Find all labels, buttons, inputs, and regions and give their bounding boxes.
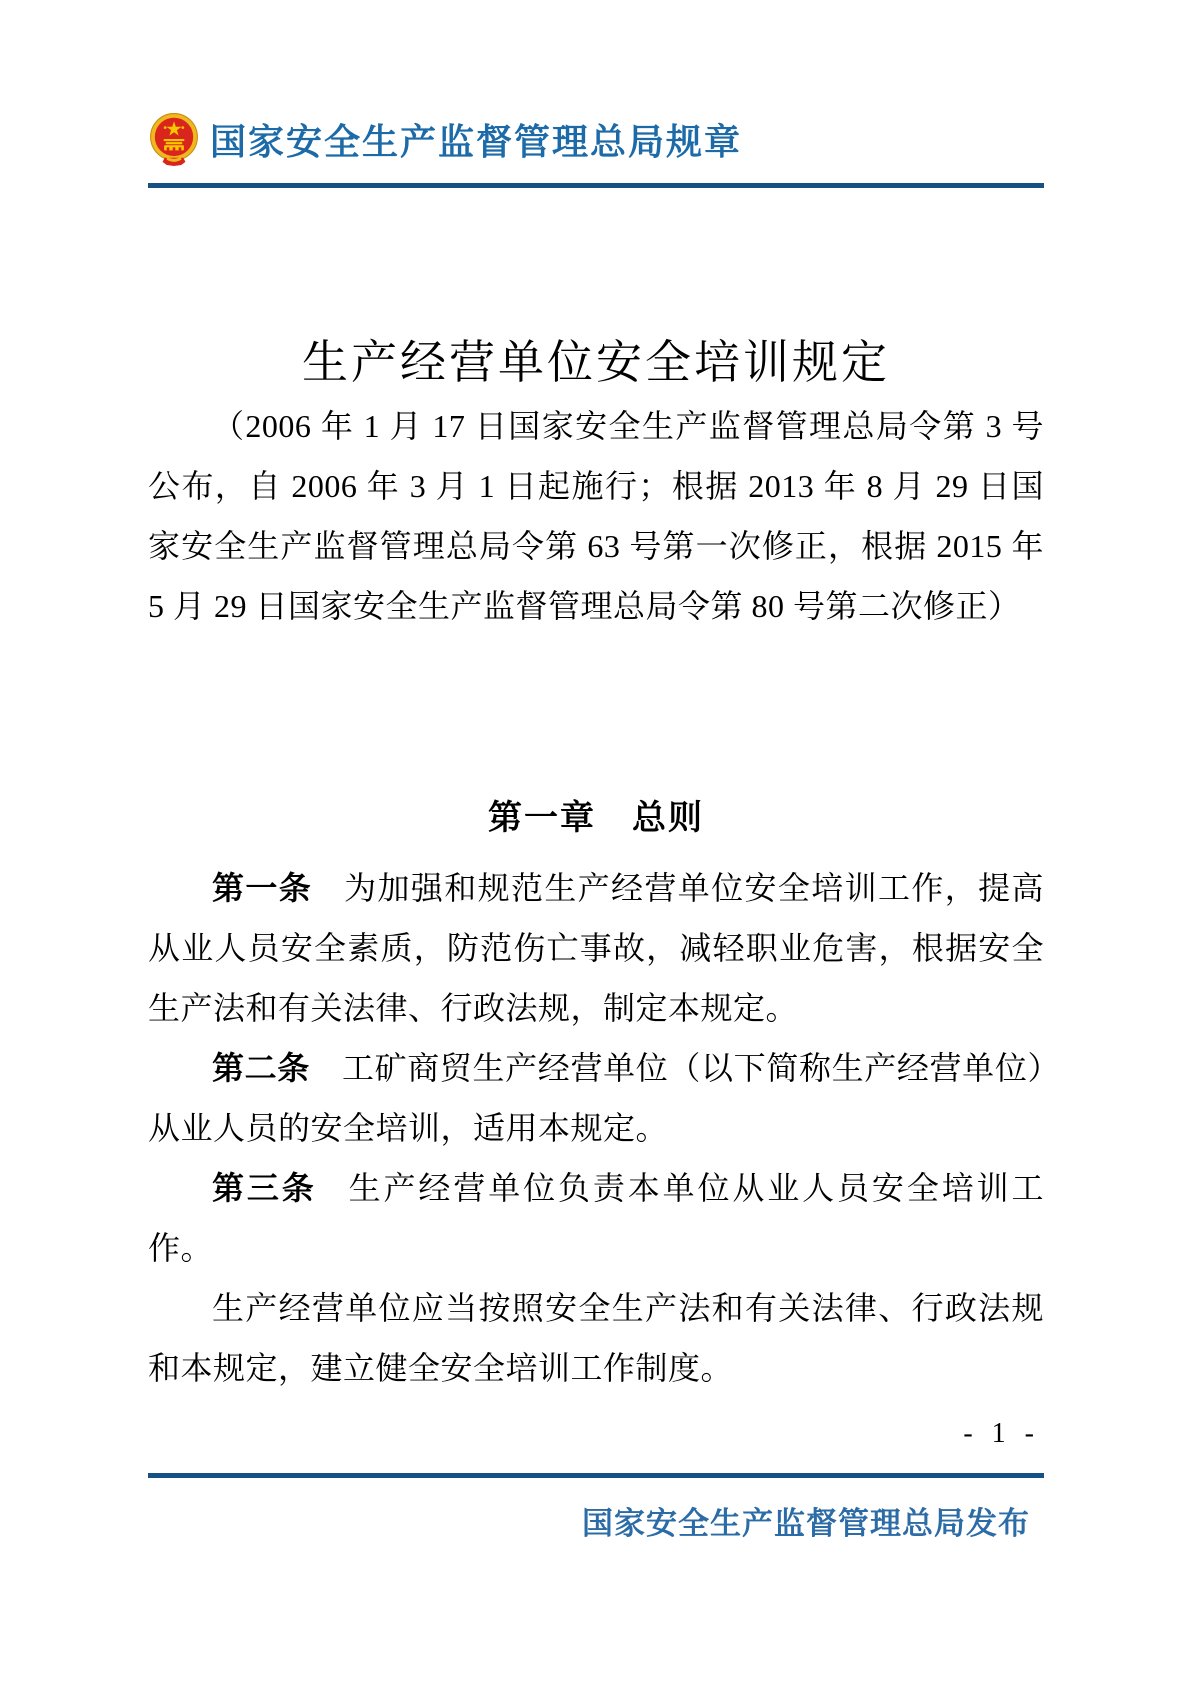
- article-1-number: 第一条: [212, 870, 312, 906]
- document-title: 生产经营单位安全培训规定: [148, 338, 1044, 389]
- article-2-number: 第二条: [212, 1050, 310, 1086]
- national-emblem-icon: [148, 112, 200, 166]
- footer-divider: [148, 1473, 1044, 1478]
- article-paragraph-3: 第三条生产经营单位负责本单位从业人员安全培训工作。: [148, 1158, 1044, 1278]
- header-divider: [148, 183, 1044, 188]
- header-agency-label: 国家安全生产监督管理总局规章: [210, 114, 742, 165]
- article-paragraph-2: 第二条工矿商贸生产经营单位（以下简称生产经营单位）从业人员的安全培训，适用本规定…: [148, 1038, 1044, 1158]
- article-paragraph-4: 生产经营单位应当按照安全生产法和有关法律、行政法规和本规定，建立健全安全培训工作…: [148, 1278, 1044, 1398]
- page-number: - 1 -: [963, 1418, 1040, 1450]
- promulgation-note: （2006 年 1 月 17 日国家安全生产监督管理总局令第 3 号公布，自 2…: [148, 396, 1044, 636]
- chapter-heading: 第一章 总则: [148, 790, 1044, 839]
- article-4-text: 生产经营单位应当按照安全生产法和有关法律、行政法规和本规定，建立健全安全培训工作…: [148, 1290, 1044, 1386]
- article-paragraph-1: 第一条为加强和规范生产经营单位安全培训工作，提高从业人员安全素质，防范伤亡事故，…: [148, 858, 1044, 1038]
- footer-publisher-label: 国家安全生产监督管理总局发布: [582, 1498, 1030, 1543]
- document-page: 国家安全生产监督管理总局规章 生产经营单位安全培训规定 （2006 年 1 月 …: [0, 0, 1190, 1683]
- page-header: 国家安全生产监督管理总局规章: [148, 112, 1044, 166]
- articles-section: 第一条为加强和规范生产经营单位安全培训工作，提高从业人员安全素质，防范伤亡事故，…: [148, 858, 1044, 1398]
- article-3-number: 第三条: [212, 1170, 317, 1206]
